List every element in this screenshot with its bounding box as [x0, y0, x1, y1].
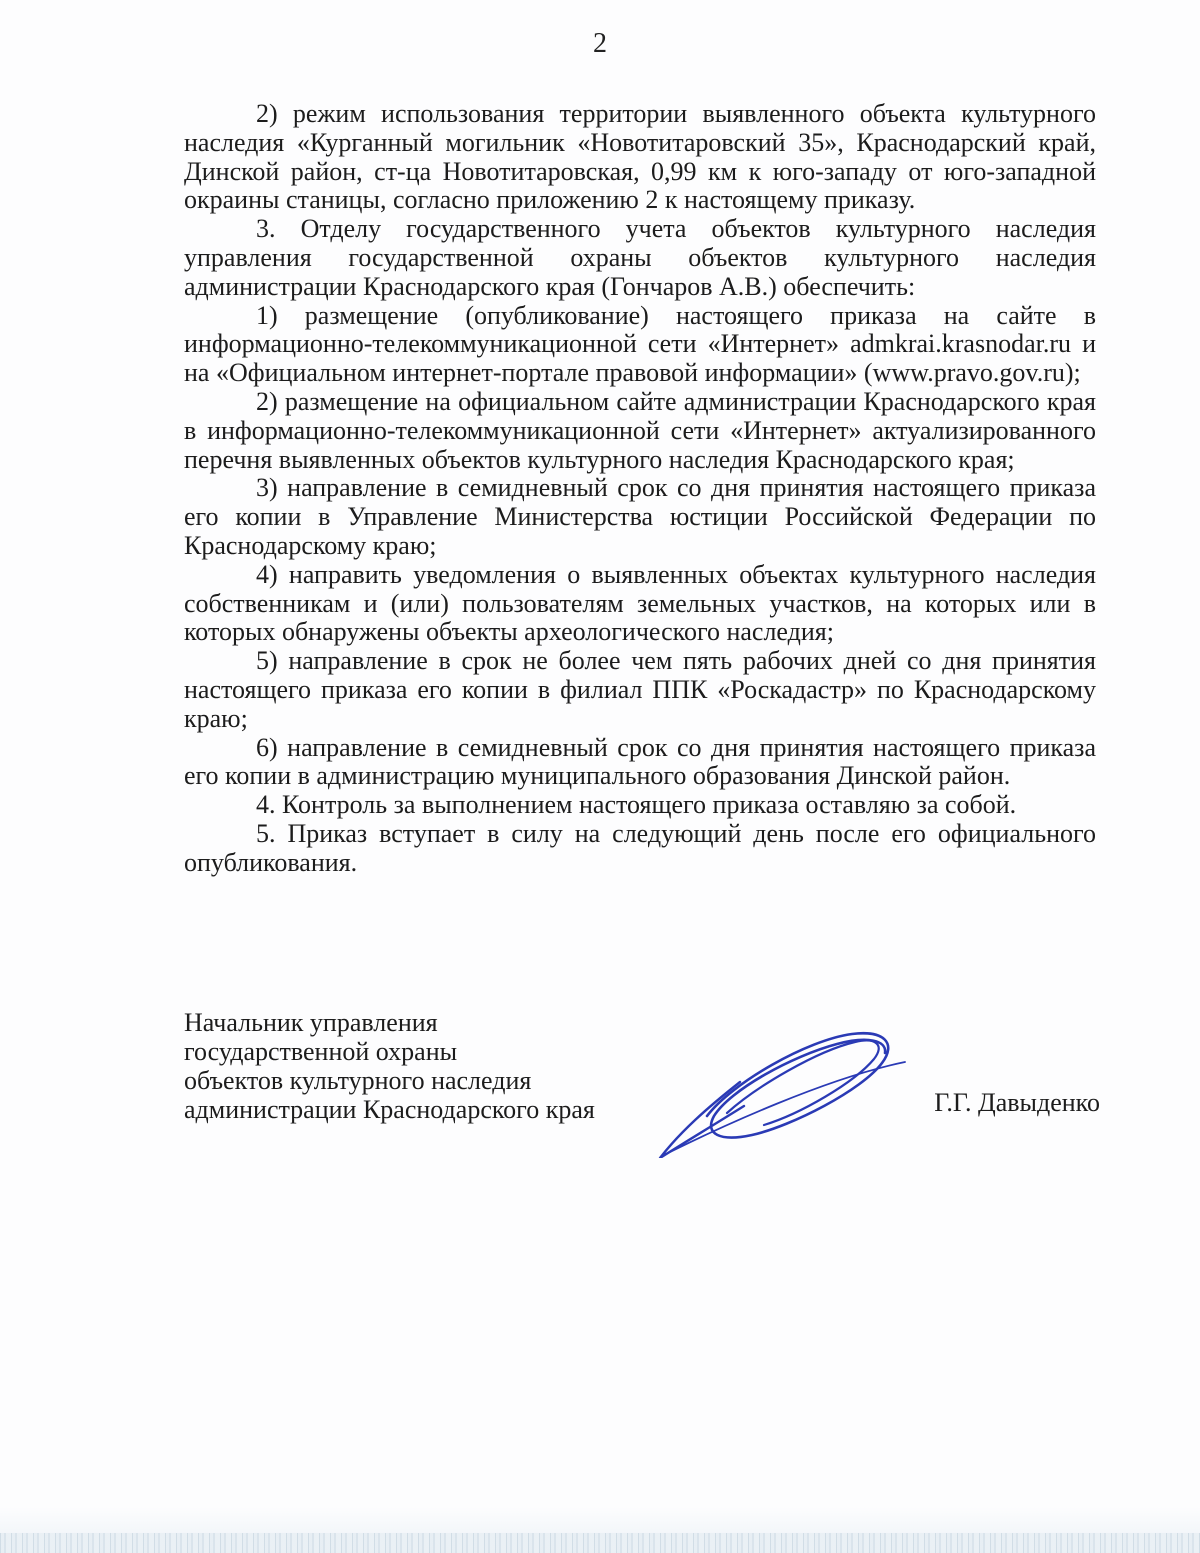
paragraph-3-department-assignment: 3. Отделу государственного учета объекто…	[184, 215, 1096, 301]
handwritten-signature-icon	[652, 1018, 912, 1158]
paragraph-5-entry-into-force: 5. Приказ вступает в силу на следующий д…	[184, 820, 1096, 878]
page-number: 2	[0, 28, 1200, 60]
subparagraph-4-owner-notifications: 4) направить уведомления о выявленных об…	[184, 561, 1096, 647]
paragraph-2-territory-regime: 2) режим использования территории выявле…	[184, 100, 1096, 215]
scan-artifact-band	[0, 1533, 1200, 1553]
document-page: 2 2) режим использования территории выяв…	[0, 0, 1200, 1553]
subparagraph-3-justice-ministry-copy: 3) направление в семидневный срок со дня…	[184, 474, 1096, 560]
subparagraph-6-municipality-copy: 6) направление в семидневный срок со дня…	[184, 734, 1096, 792]
document-body: 2) режим использования территории выявле…	[184, 100, 1096, 878]
subparagraph-5-roskadastr-copy: 5) направление в срок не более чем пять …	[184, 647, 1096, 733]
scan-artifact-fade	[0, 1507, 1200, 1533]
subparagraph-2-site-list: 2) размещение на официальном сайте админ…	[184, 388, 1096, 474]
signatory-name: Г.Г. Давыденко	[900, 1088, 1100, 1118]
subparagraph-1-publication: 1) размещение (опубликование) настоящего…	[184, 302, 1096, 388]
paragraph-4-control: 4. Контроль за выполнением настоящего пр…	[184, 791, 1096, 820]
